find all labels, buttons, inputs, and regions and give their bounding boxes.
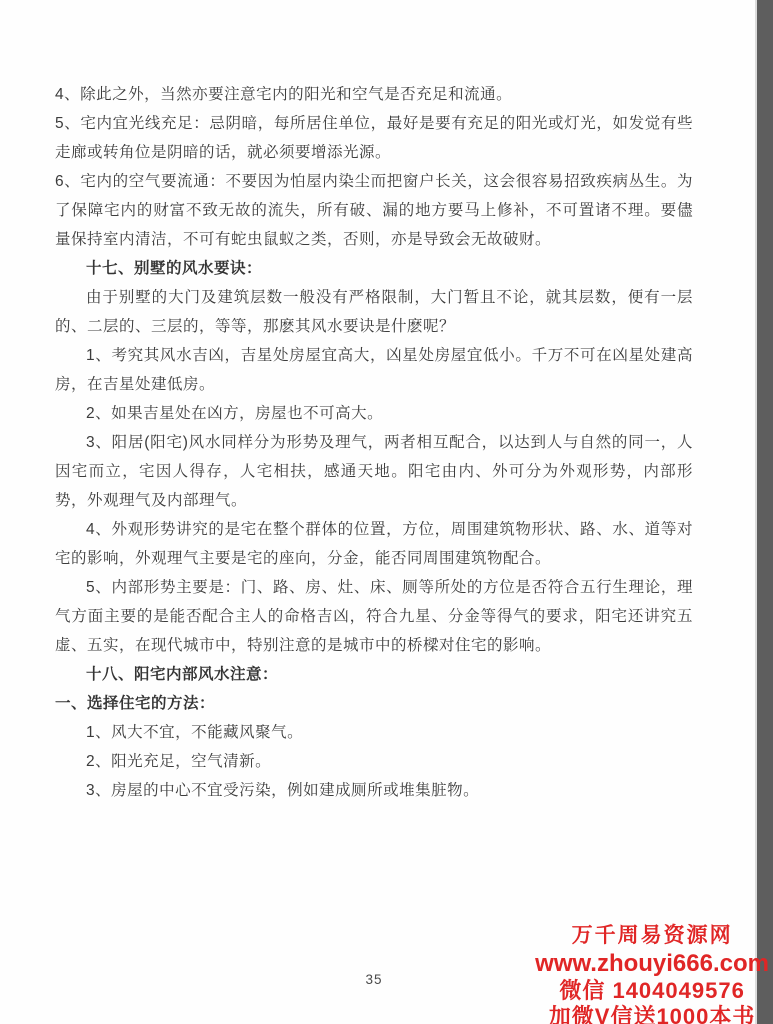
section-18-item-1: 1、风大不宜，不能藏风聚气。 xyxy=(55,718,693,747)
section-17-item-5: 5、内部形势主要是：门、路、房、灶、床、厕等所处的方位是否符合五行生理论，理气方… xyxy=(55,573,693,660)
scanned-document-page: 4、除此之外，当然亦要注意宅内的阳光和空气是否充足和流通。 5、宅内宜光线充足：… xyxy=(0,0,773,1024)
section-17-intro: 由于别墅的大门及建筑层数一般没有严格限制，大门暂且不论，就其层数，便有一层的、二… xyxy=(55,283,693,341)
watermark-site-url: www.zhouyi666.com xyxy=(535,950,769,978)
general-item-6: 6、宅内的空气要流通：不要因为怕屋内染尘而把窗户长关，这会很容易招致疾病丛生。为… xyxy=(55,167,693,254)
section-17-item-4: 4、外观形势讲究的是宅在整个群体的位置，方位，周围建筑物形状、路、水、道等对宅的… xyxy=(55,515,693,573)
general-item-4: 4、除此之外，当然亦要注意宅内的阳光和空气是否充足和流通。 xyxy=(55,80,693,109)
page-body: 4、除此之外，当然亦要注意宅内的阳光和空气是否充足和流通。 5、宅内宜光线充足：… xyxy=(55,80,693,805)
section-17-item-2: 2、如果吉星处在凶方，房屋也不可高大。 xyxy=(55,399,693,428)
section-18-subheading: 一、选择住宅的方法： xyxy=(55,689,693,718)
general-item-5: 5、宅内宜光线充足：忌阴暗，每所居住单位，最好是要有充足的阳光或灯光，如发觉有些… xyxy=(55,109,693,167)
section-18-heading: 十八、阳宅内部风水注意： xyxy=(55,660,693,689)
watermark-promo-line: 加微V信送1000本书 xyxy=(535,1004,769,1024)
scan-edge-strip xyxy=(755,0,773,1024)
section-17-item-3: 3、阳居(阳宅)风水同样分为形势及理气，两者相互配合，以达到人与自然的同一，人因… xyxy=(55,428,693,515)
watermark-wechat-id: 微信 1404049576 xyxy=(535,978,769,1004)
watermark: 万千周易资源网 www.zhouyi666.com 微信 1404049576 … xyxy=(535,922,769,1024)
section-17-item-1: 1、考究其风水吉凶，吉星处房屋宜高大，凶星处房屋宜低小。千万不可在凶星处建高房，… xyxy=(55,341,693,399)
watermark-site-name: 万千周易资源网 xyxy=(535,922,769,950)
section-18-item-3: 3、房屋的中心不宜受污染，例如建成厕所或堆集脏物。 xyxy=(55,776,693,805)
section-18-item-2: 2、阳光充足，空气清新。 xyxy=(55,747,693,776)
section-17-heading: 十七、别墅的风水要诀： xyxy=(55,254,693,283)
